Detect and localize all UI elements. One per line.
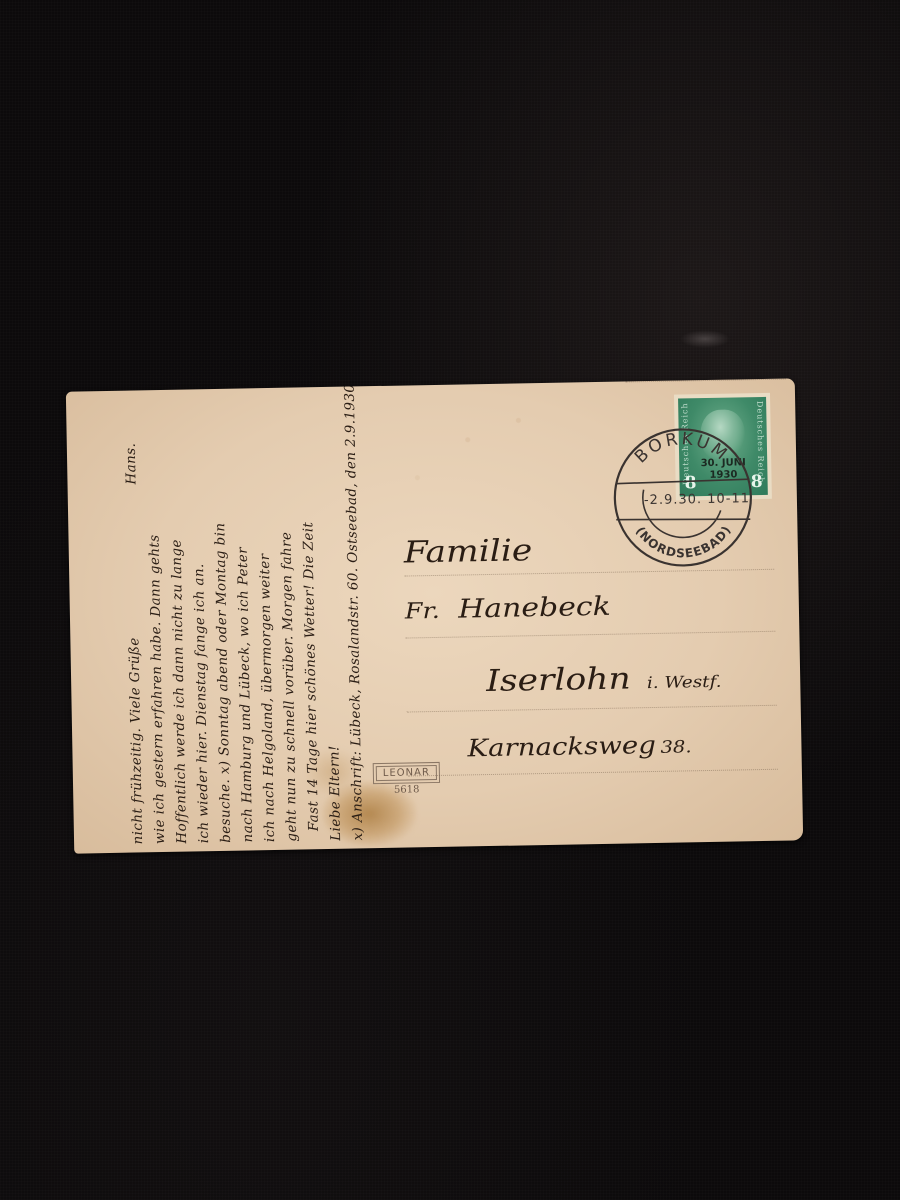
postcard: x) Anschrift: Lübeck, Rosalandstr. 60. O… <box>66 378 803 853</box>
address-line-4: Karnacksweg38. <box>407 729 778 777</box>
address-line-3: Iserlohni. Westf. <box>406 659 777 713</box>
message-signature: Hans. <box>119 443 145 485</box>
handwritten-message: x) Anschrift: Lübeck, Rosalandstr. 60. O… <box>70 401 348 846</box>
message-line: nicht frühzeitig. Viele Grüße <box>122 637 151 845</box>
lint-speck <box>680 330 730 348</box>
address-line-2: Fr.Hanebeck <box>405 589 776 639</box>
address-line-1: Familie <box>404 529 775 577</box>
recipient-address: Familie Fr.Hanebeck Iserlohni. Westf. Ka… <box>386 379 794 848</box>
